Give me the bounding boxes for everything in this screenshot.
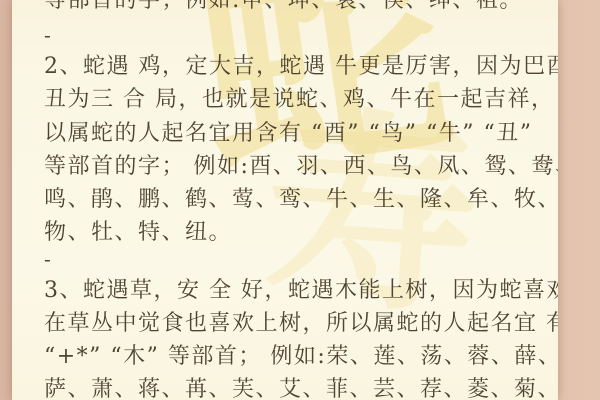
- text-line-section3-1: 3、蛇遇草，安 全 好，蛇遇木能上树，因为蛇喜欢: [12, 274, 558, 307]
- dash-separator: -: [12, 19, 558, 52]
- dash-separator: -: [12, 243, 558, 276]
- text-line-section2-5: 鸣、鹃、鹏、鹤、莺、鸾、牛、生、隆、牟、牧、: [12, 183, 558, 216]
- text-line-section3-3: “+*” “木” 等部首； 例如:荣、莲、荡、蓉、薛、: [12, 340, 558, 373]
- article-paper: 蛇 寿 等部首的字；例如:申、坤、袁、侯、绅、祖。 - 2、蛇遇 鸡，定大吉，蛇…: [12, 0, 558, 400]
- text-line-section3-4-clipped-bottom: 萨、萧、蒋、苒、芙、艾、菲、芸、荐、菱、菊、: [12, 373, 558, 400]
- text-line-clipped-top: 等部首的字；例如:申、坤、袁、侯、绅、祖。: [12, 0, 558, 17]
- text-line-section2-2: 丑为三 合 局，也就是说蛇、鸡、牛在一起吉祥， 所: [12, 83, 558, 116]
- text-line-section2-4: 等部首的字； 例如:酉、羽、西、鸟、凤、鸳、鸯、: [12, 150, 558, 183]
- text-line-section3-2: 在草丛中觉食也喜欢上树，所以属蛇的人起名宜 有: [12, 307, 558, 340]
- text-line-section2-1: 2、蛇遇 鸡，定大吉，蛇遇 牛更是厉害，因为巴酉: [12, 50, 558, 83]
- text-line-section2-3: 以属蛇的人起名宜用含有 “酉” “鸟” “牛” “丑”: [12, 117, 558, 150]
- screenshot-root: { "page": { "background_color": "#ddbda9…: [0, 0, 600, 400]
